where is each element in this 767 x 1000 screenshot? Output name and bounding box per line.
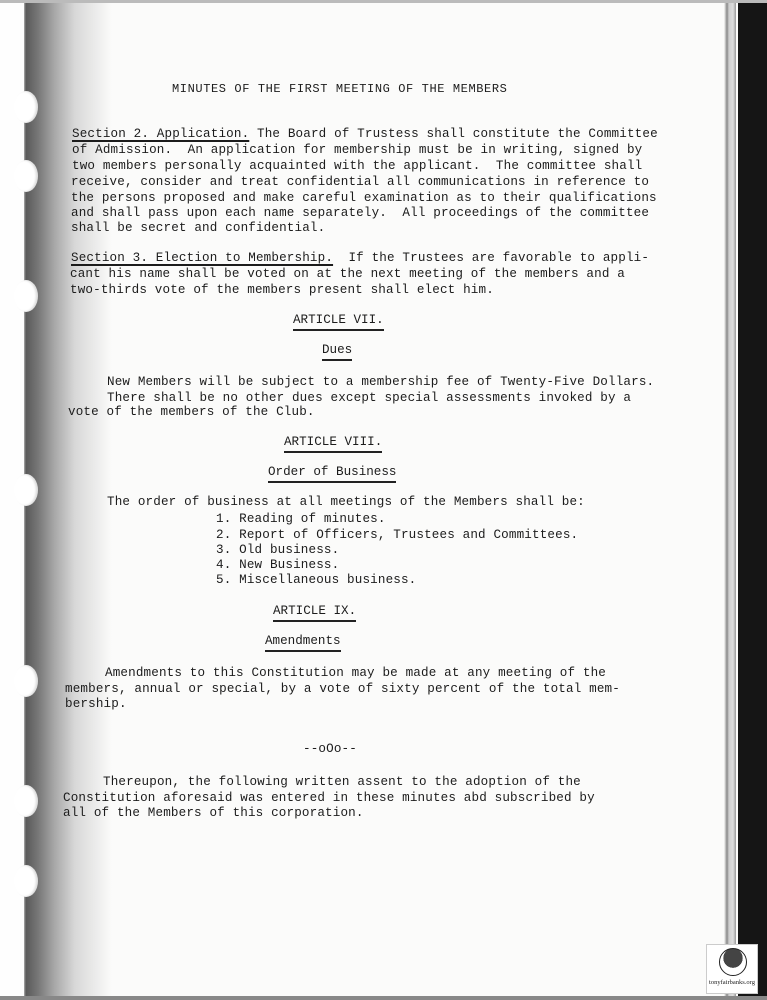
list-item: 4. New Business. (216, 558, 339, 572)
watermark-text: tonyfairbanks.org (708, 979, 756, 986)
article-7-subheading: Dues (322, 343, 352, 357)
section-2: Section 2. Application. The Board of Tru… (72, 127, 658, 141)
balloon-logo-icon (719, 948, 747, 976)
text-line: shall be secret and confidential. (71, 221, 325, 235)
text-line: all of the Members of this corporation. (63, 806, 364, 820)
text-line: two-thirds vote of the members present s… (70, 283, 494, 297)
article-7-heading: ARTICLE VII. (293, 313, 384, 327)
text-line: two members personally acquainted with t… (72, 159, 642, 173)
list-item: 2. Report of Officers, Trustees and Comm… (216, 528, 578, 542)
article-9-heading: ARTICLE IX. (273, 604, 356, 618)
separator: --oOo-- (303, 742, 357, 756)
section-3: Section 3. Election to Membership. If th… (71, 251, 649, 265)
text-line: Amendments to this Constitution may be m… (105, 666, 606, 680)
section-2-heading: Section 2. Application. (72, 127, 249, 141)
list-item: 5. Miscellaneous business. (216, 573, 416, 587)
page-title: MINUTES OF THE FIRST MEETING OF THE MEMB… (172, 82, 507, 96)
text-line: members, annual or special, by a vote of… (65, 682, 620, 696)
text-line: of Admission. An application for members… (72, 143, 642, 157)
text-line: bership. (65, 697, 127, 711)
text-line: the persons proposed and make careful ex… (71, 191, 657, 205)
list-item: 1. Reading of minutes. (216, 512, 386, 526)
document-body: MINUTES OF THE FIRST MEETING OF THE MEMB… (0, 0, 767, 1000)
text-line: Constitution aforesaid was entered in th… (63, 791, 595, 805)
text-line: cant his name shall be voted on at the n… (70, 267, 625, 281)
text-line: and shall pass upon each name separately… (71, 206, 649, 220)
article-8-subheading: Order of Business (268, 465, 396, 479)
text-line: New Members will be subject to a members… (107, 375, 654, 389)
list-item: 3. Old business. (216, 543, 339, 557)
section-3-heading: Section 3. Election to Membership. (71, 251, 333, 265)
watermark-logo[interactable]: tonyfairbanks.org (706, 944, 758, 994)
text-line: Thereupon, the following written assent … (103, 775, 581, 789)
order-intro: The order of business at all meetings of… (107, 495, 585, 509)
text-line: receive, consider and treat confidential… (71, 175, 649, 189)
article-9-subheading: Amendments (265, 634, 341, 648)
article-8-heading: ARTICLE VIII. (284, 435, 382, 449)
text-line: vote of the members of the Club. (68, 405, 315, 419)
text-line: There shall be no other dues except spec… (107, 391, 631, 405)
